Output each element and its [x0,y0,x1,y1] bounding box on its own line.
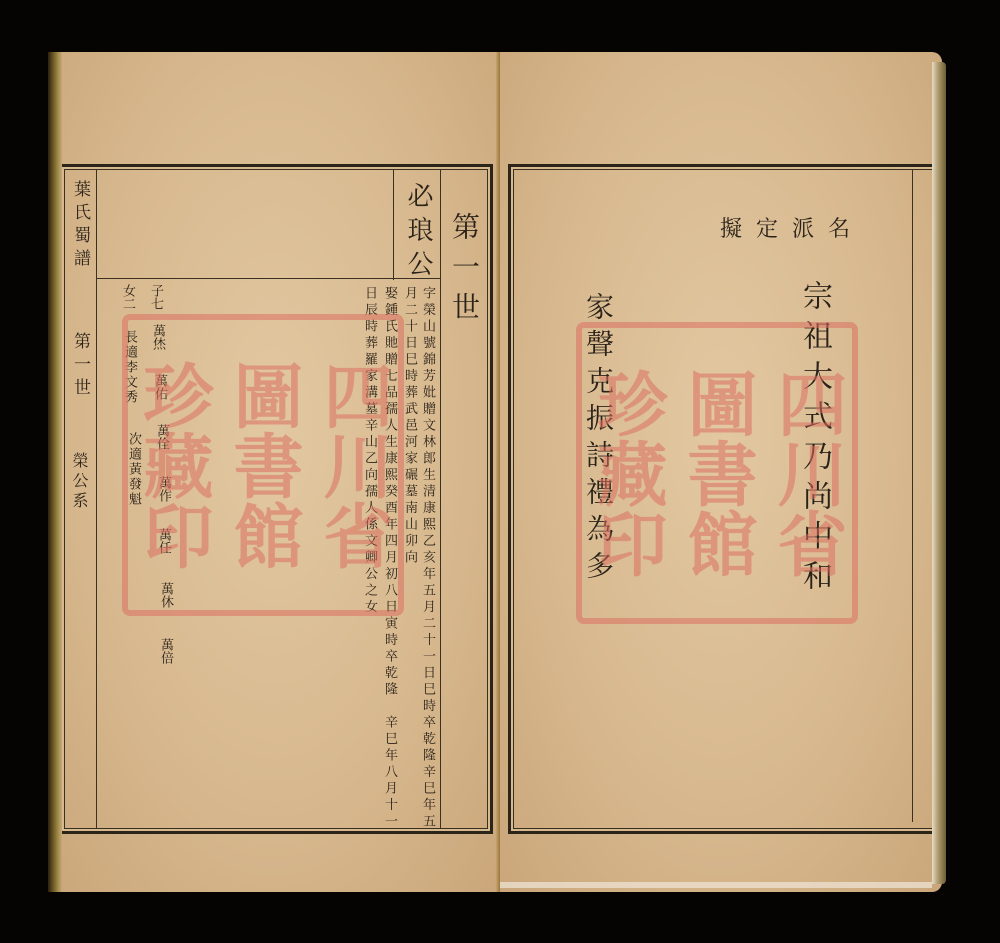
seal-column-1: 四川省 [308,320,398,610]
naming-title: 擬定派名 [720,212,864,243]
library-seal-stamp: 四川省 圖書館 珍藏印 [122,314,404,616]
seal-column-2: 圖書館 [672,328,762,618]
page-bottom-edge [500,882,932,888]
margin-branch: 榮公系 [68,452,91,512]
sons-label: 子七 [146,284,165,310]
person-name: 必琅公 [400,182,437,284]
seal-column-3: 珍藏印 [128,320,218,610]
seal-column-2: 圖書館 [218,320,308,610]
name-box-rule [393,170,394,280]
left-page: 葉氏蜀譜 第一世 榮公系 第一世 必琅公 字榮山號錦芳妣贈文林郎生清康熙乙亥年五… [48,52,500,892]
generation-column-rule [440,170,441,828]
right-margin-rule [912,170,913,822]
margin-book-title: 葉氏蜀譜 [68,180,93,272]
margin-rule [96,170,97,828]
header-rule [96,278,441,279]
book-spine-edge [48,52,62,892]
daughters-label: 女二 [118,284,137,310]
right-page: 擬定派名 宗祖大式乃尚中和 家聲克振詩禮為多 四川省 圖書館 珍藏印 [500,52,942,892]
generation-heading: 第一世 [444,212,484,332]
biography-line-1: 字榮山號錦芳妣贈文林郎生清康熙乙亥年五月二十一日巳時卒乾隆辛巳年五 [418,286,437,831]
open-book: 葉氏蜀譜 第一世 榮公系 第一世 必琅公 字榮山號錦芳妣贈文林郎生清康熙乙亥年五… [48,52,948,894]
seal-column-1: 四川省 [762,328,852,618]
margin-generation: 第一世 [68,332,93,401]
seal-column-3: 珍藏印 [582,328,672,618]
page-stack-edge [932,62,946,884]
son-7: 萬倍 [156,638,175,664]
library-seal-stamp: 四川省 圖書館 珍藏印 [576,322,858,624]
